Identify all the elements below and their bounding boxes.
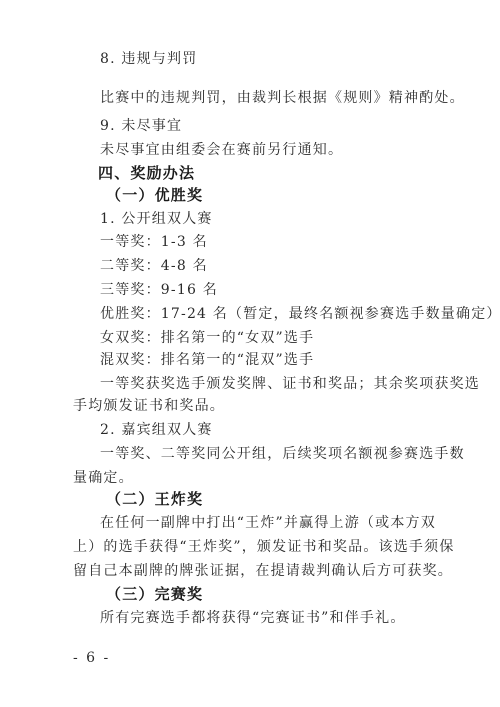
heading-guest-pairs: 2. 嘉宾组双人赛 [100,421,213,439]
first-prize-line: 一等奖：1-3 名 [100,233,208,251]
prize-distribution-line-2: 手均颁发证书和奖品。 [73,397,225,415]
finisher-award-line: 所有完赛选手都将获得“完赛证书”和伴手礼。 [100,609,406,627]
mixed-pairs-prize-line: 混双奖：排名第一的“混双”选手 [100,351,314,369]
heading-other-matters: 9. 未尽事宜 [100,117,182,135]
second-prize-line: 二等奖：4-8 名 [100,257,208,275]
subsection-heading-bomb-award: （二）王炸奖 [106,490,203,508]
merit-prize-line: 优胜奖：17-24 名（暂定，最终名额视参赛选手数量确定） [100,305,500,323]
page-number: - 6 - [73,649,110,667]
paragraph-other-matters: 未尽事宜由组委会在赛前另行通知。 [100,141,343,159]
bomb-award-line-2: 上）的选手获得“王炸奖”，颁发证书和奖品。该选手须保 [73,538,455,556]
bomb-award-line-1: 在任何一副牌中打出“王炸”并赢得上游（或本方双 [100,514,436,532]
prize-distribution-line-1: 一等奖获奖选手颁发奖牌、证书和奖品；其余奖项获奖选 [100,375,480,393]
guest-pairs-line-1: 一等奖、二等奖同公开组，后续奖项名额视参赛选手数 [100,445,465,463]
heading-violations-penalties: 8. 违规与判罚 [100,50,197,68]
women-pairs-prize-line: 女双奖：排名第一的“女双”选手 [100,329,314,347]
subsection-heading-winner-award: （一）优胜奖 [106,186,203,204]
bomb-award-line-3: 留自己本副牌的牌张证据，在提请裁判确认后方可获奖。 [73,562,453,580]
third-prize-line: 三等奖：9-16 名 [100,281,218,299]
heading-open-pairs: 1. 公开组双人赛 [100,210,213,228]
subsection-heading-finisher-award: （三）完赛奖 [106,585,203,603]
guest-pairs-line-2: 量确定。 [73,469,134,487]
paragraph-violations: 比赛中的违规判罚，由裁判长根据《规则》精神酌处。 [100,89,465,107]
section-heading-awards: 四、奖励办法 [98,164,195,182]
